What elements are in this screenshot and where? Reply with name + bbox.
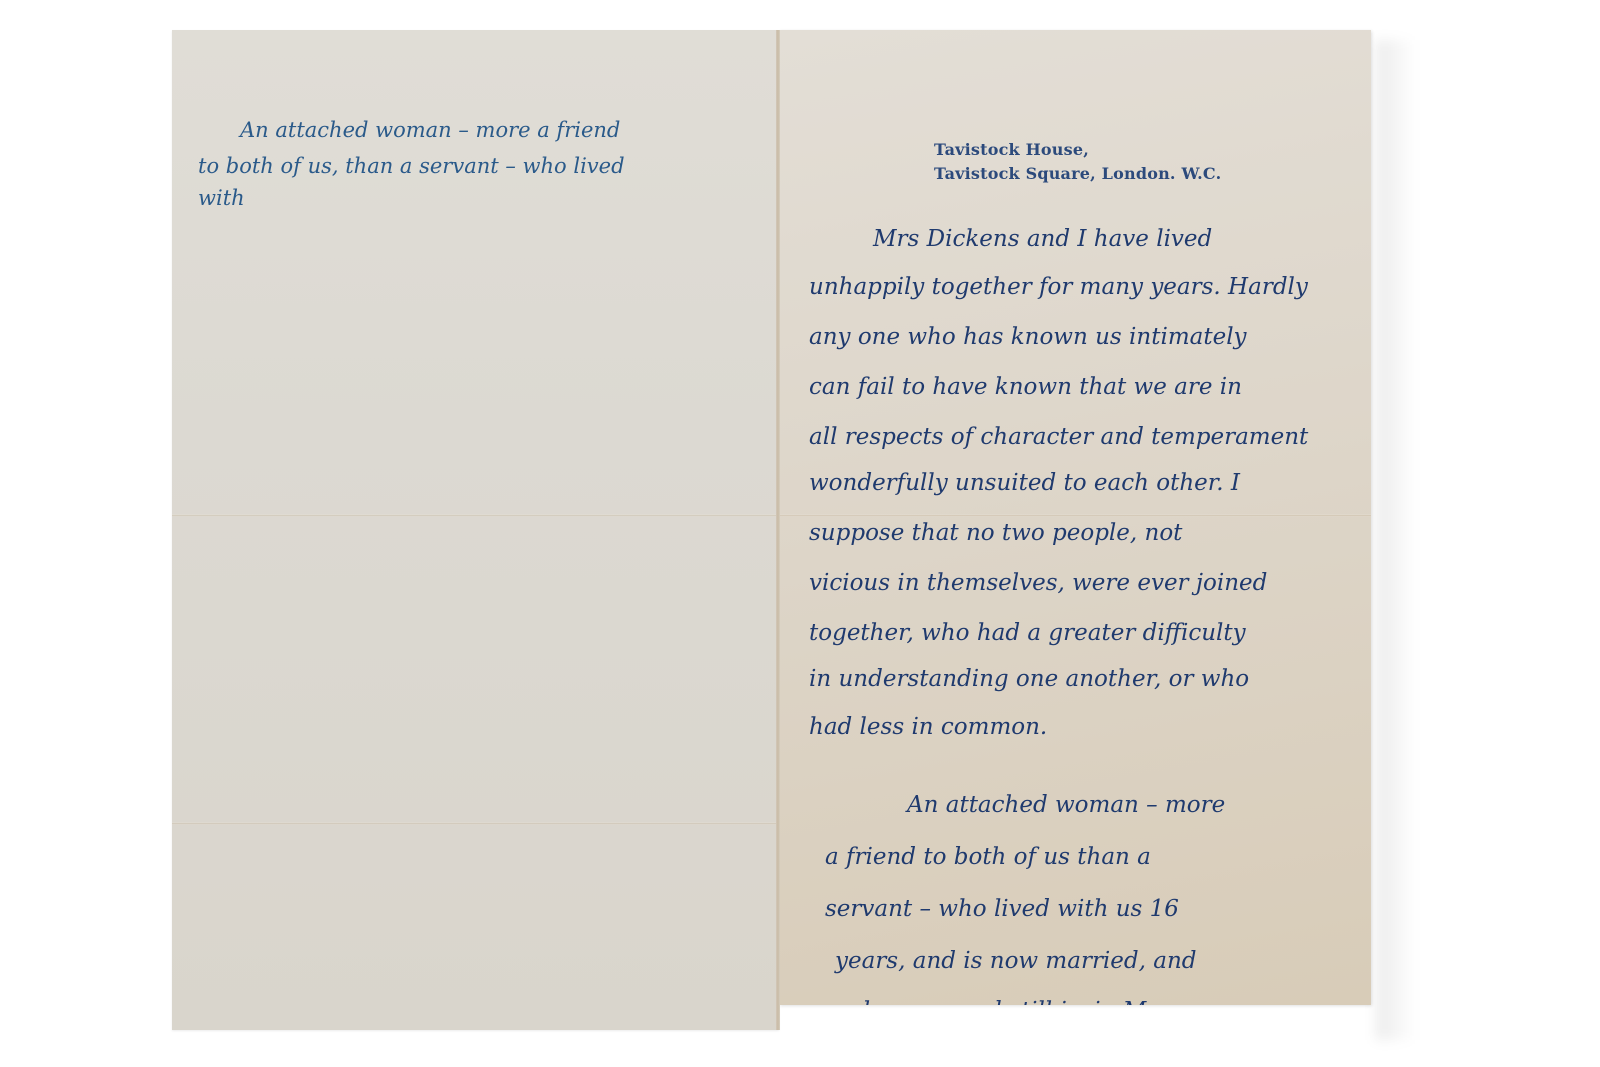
handwritten-line: An attached woman – more [907, 792, 1225, 818]
handwritten-line: any one who has known us intimately [809, 324, 1247, 350]
handwritten-line: wonderfully unsuited to each other. I [809, 470, 1240, 496]
letterhead-line-2: Tavistock Square, London. W.C. [934, 162, 1221, 186]
handwritten-line: unhappily together for many years. Hardl… [809, 274, 1308, 300]
handwritten-line: who was, and still is, in Mrs [843, 998, 1169, 1005]
fold-line [779, 514, 1371, 517]
handwritten-line: to both of us, than a servant – who live… [198, 154, 625, 178]
handwritten-line: together, who had a greater difficulty [809, 620, 1246, 646]
right-page: Tavistock House, Tavistock Square, Londo… [779, 30, 1371, 1005]
handwritten-line: can fail to have known that we are in [809, 374, 1242, 400]
fold-line [172, 514, 779, 517]
handwritten-line: with [198, 186, 245, 210]
handwritten-line: years, and is now married, and [835, 948, 1197, 974]
handwritten-line: had less in common. [809, 714, 1047, 740]
handwritten-line: all respects of character and temperamen… [809, 424, 1308, 450]
handwritten-line: a friend to both of us than a [825, 844, 1151, 870]
handwritten-line: servant – who lived with us 16 [825, 896, 1179, 922]
handwritten-line: An attached woman – more a friend [240, 118, 620, 142]
handwritten-line: in understanding one another, or who [809, 666, 1249, 692]
fold-line [172, 822, 779, 825]
handwritten-line: vicious in themselves, were ever joined [809, 570, 1267, 596]
left-page: An attached woman – more a friend to bot… [172, 30, 779, 1030]
page-shadow [1376, 40, 1416, 1040]
handwritten-line: suppose that no two people, not [809, 520, 1182, 546]
letterhead: Tavistock House, Tavistock Square, Londo… [934, 138, 1221, 186]
page-fold-spine [776, 30, 780, 1030]
letterhead-line-1: Tavistock House, [934, 138, 1221, 162]
handwritten-line: Mrs Dickens and I have lived [873, 226, 1212, 252]
